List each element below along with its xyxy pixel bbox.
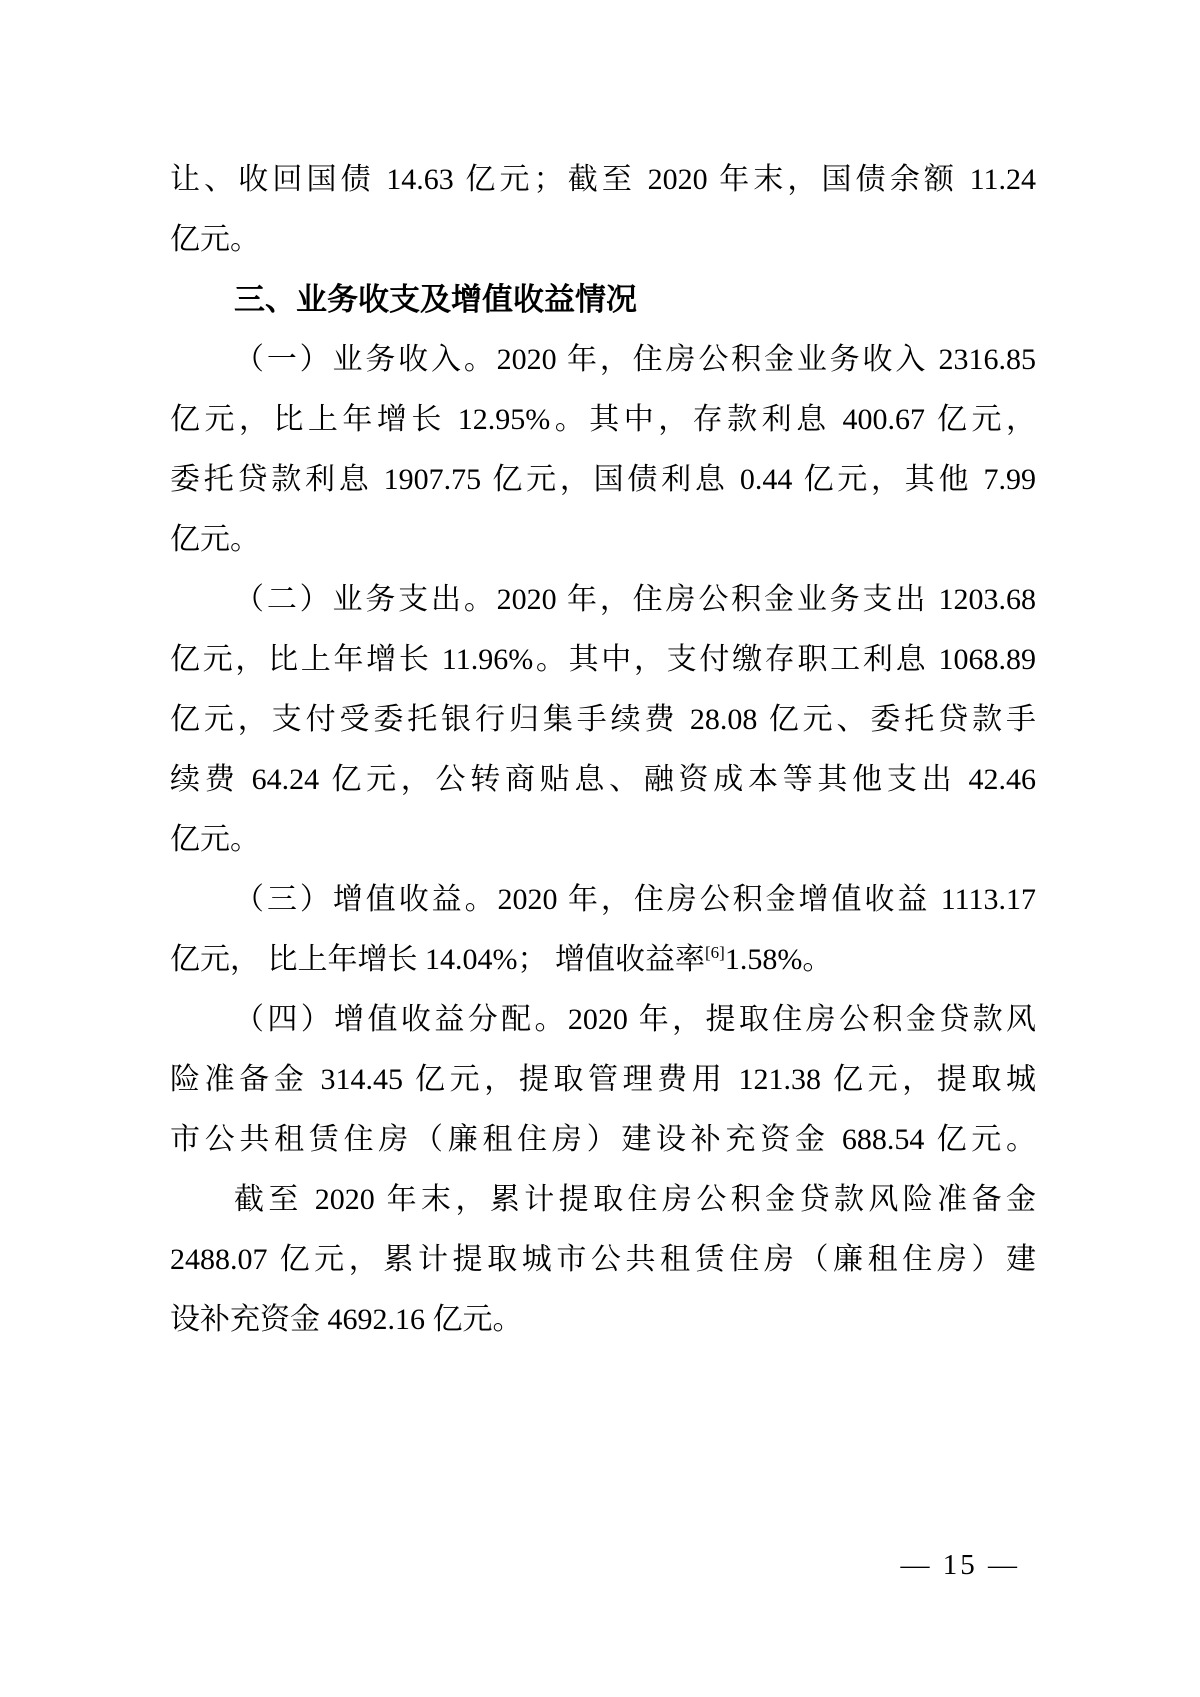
body-text-line: 亿元。 (170, 810, 1036, 870)
body-text-line: 亿元，比上年增长 11.96%。其中，支付缴存职工利息 1068.89 (170, 630, 1036, 690)
paragraph-first-line: 截至 2020 年末，累计提取住房公积金贷款风险准备金 (170, 1170, 1036, 1230)
body-text-line: 市公共租赁住房（廉租住房）建设补充资金 688.54 亿元。 (170, 1110, 1036, 1170)
page-footer: — 15 — (901, 1548, 1021, 1582)
paragraph-first-line: （二）业务支出。2020 年，住房公积金业务支出 1203.68 (170, 570, 1036, 630)
text-segment: 1.58%。 (725, 943, 833, 976)
paragraph-first-line: （三）增值收益。2020 年，住房公积金增值收益 1113.17 (170, 870, 1036, 930)
section-heading: 三、业务收支及增值收益情况 (170, 270, 1036, 330)
body-text-line: 险准备金 314.45 亿元，提取管理费用 121.38 亿元，提取城 (170, 1050, 1036, 1110)
footnote-ref-6: [6] (705, 943, 725, 962)
body-text-line: 让、收回国债 14.63 亿元；截至 2020 年末，国债余额 11.24 (170, 150, 1036, 210)
body-text-line: 设补充资金 4692.16 亿元。 (170, 1290, 1036, 1350)
body-text-line: 亿元，支付受委托银行归集手续费 28.08 亿元、委托贷款手 (170, 690, 1036, 750)
body-text-line: 2488.07 亿元，累计提取城市公共租赁住房（廉租住房）建 (170, 1230, 1036, 1290)
body-text-line: 亿元。 (170, 210, 1036, 270)
document-page: 让、收回国债 14.63 亿元；截至 2020 年末，国债余额 11.24 亿元… (0, 0, 1200, 1697)
paragraph-first-line: （四）增值收益分配。2020 年，提取住房公积金贷款风 (170, 990, 1036, 1050)
body-text-line-with-footnote: 亿元， 比上年增长 14.04%； 增值收益率[6]1.58%。 (170, 930, 1036, 990)
body-text-line: 续费 64.24 亿元，公转商贴息、融资成本等其他支出 42.46 (170, 750, 1036, 810)
document-body: 让、收回国债 14.63 亿元；截至 2020 年末，国债余额 11.24 亿元… (170, 150, 1036, 1350)
text-segment: 亿元， 比上年增长 14.04%； 增值收益率 (170, 943, 705, 976)
body-text-line: 亿元。 (170, 510, 1036, 570)
body-text-line: 亿元，比上年增长 12.95%。其中，存款利息 400.67 亿元， (170, 390, 1036, 450)
body-text-line: 委托贷款利息 1907.75 亿元，国债利息 0.44 亿元，其他 7.99 (170, 450, 1036, 510)
paragraph-first-line: （一）业务收入。2020 年，住房公积金业务收入 2316.85 (170, 330, 1036, 390)
